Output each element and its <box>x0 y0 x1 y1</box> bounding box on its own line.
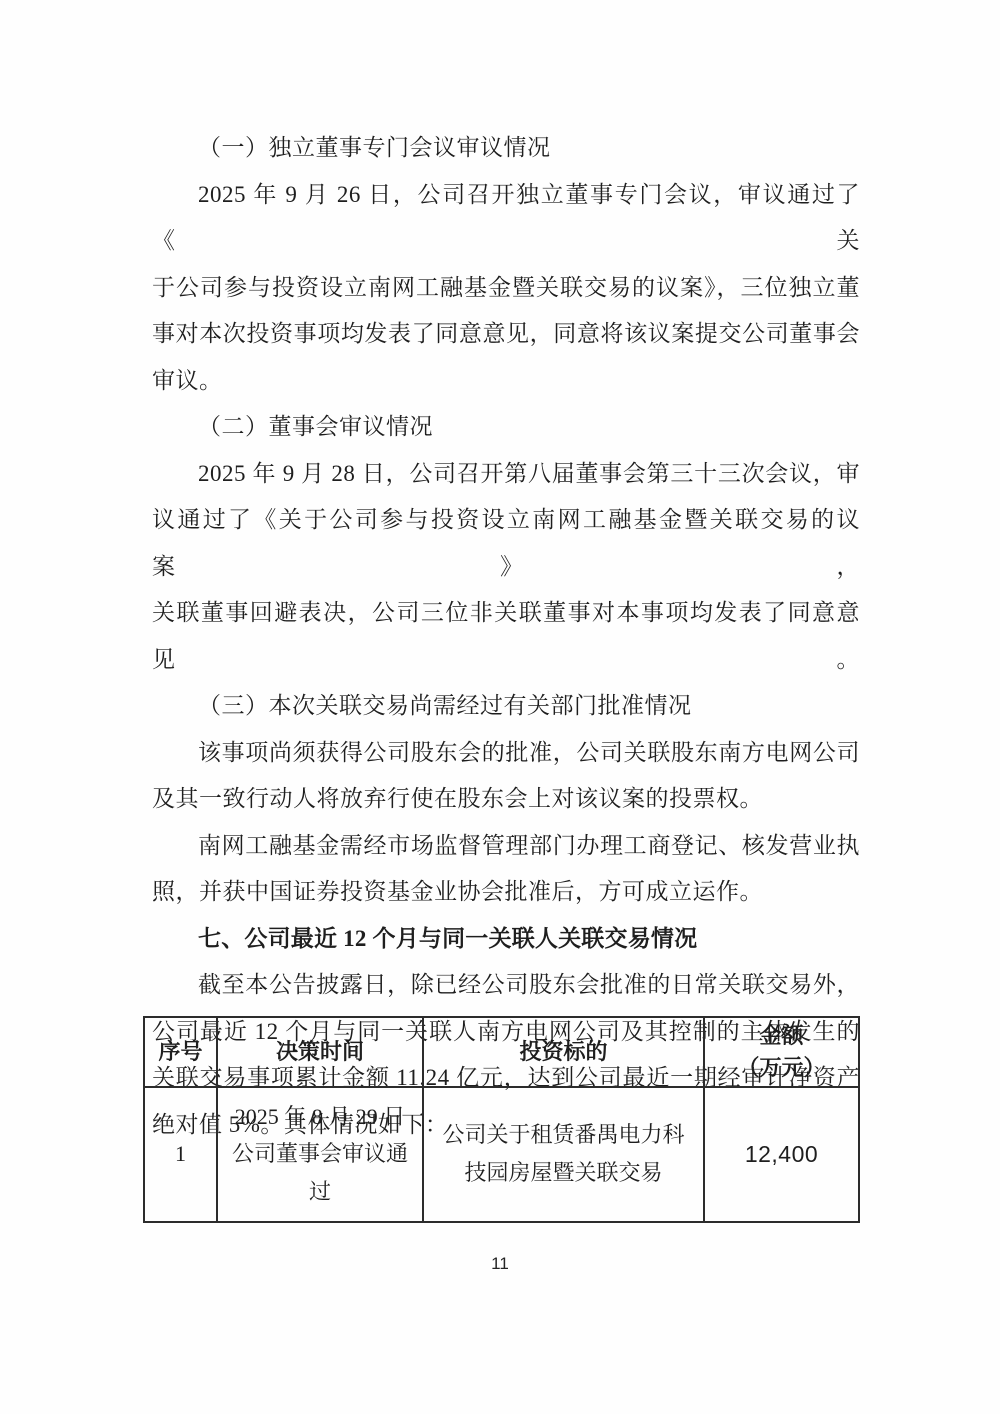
header-index: 序号 <box>144 1017 217 1087</box>
cell-decision-time: 2025 年 8 月 29 日公司董事会审议通过 <box>217 1087 423 1222</box>
subsection-heading-1: （一）独立董事专门会议审议情况 <box>152 125 860 172</box>
paragraph-line: 于公司参与投资设立南网工融基金暨关联交易的议案》，三位独立董 <box>152 265 860 312</box>
section-heading-7: 七、公司最近 12 个月与同一关联人关联交易情况 <box>152 916 860 963</box>
cell-amount: 12,400 <box>704 1087 859 1222</box>
subsection-heading-2: （二）董事会审议情况 <box>152 404 860 451</box>
paragraph-line: 议通过了《关于公司参与投资设立南网工融基金暨关联交易的议案》， <box>152 497 860 590</box>
paragraph-line: 该事项尚须获得公司股东会的批准，公司关联股东南方电网公司 <box>152 730 860 777</box>
header-decision-time: 决策时间 <box>217 1017 423 1087</box>
header-amount-line1: 金额 <box>713 1020 850 1052</box>
header-investment-target: 投资标的 <box>423 1017 704 1087</box>
paragraph-line: 审议。 <box>152 358 860 405</box>
paragraph-line: 关联董事回避表决，公司三位非关联董事对本事项均发表了同意意见。 <box>152 590 860 683</box>
table-row: 1 2025 年 8 月 29 日公司董事会审议通过 公司关于租赁番禺电力科技园… <box>144 1087 859 1222</box>
document-page: （一）独立董事专门会议审议情况 2025 年 9 月 26 日，公司召开独立董事… <box>0 0 1000 1414</box>
paragraph-line: 照，并获中国证券投资基金业协会批准后，方可成立运作。 <box>152 869 860 916</box>
header-amount-line2: （万元） <box>713 1052 850 1084</box>
paragraph-line: 2025 年 9 月 26 日，公司召开独立董事专门会议，审议通过了《关 <box>152 172 860 265</box>
cell-investment-target: 公司关于租赁番禺电力科技园房屋暨关联交易 <box>423 1087 704 1222</box>
table-header-row: 序号 决策时间 投资标的 金额 （万元） <box>144 1017 859 1087</box>
document-body: （一）独立董事专门会议审议情况 2025 年 9 月 26 日，公司召开独立董事… <box>152 125 860 1148</box>
page-number: 11 <box>0 1254 1000 1274</box>
subsection-heading-3: （三）本次关联交易尚需经过有关部门批准情况 <box>152 683 860 730</box>
paragraph-line: 截至本公告披露日，除已经公司股东会批准的日常关联交易外， <box>152 962 860 1009</box>
paragraph-line: 及其一致行动人将放弃行使在股东会上对该议案的投票权。 <box>152 776 860 823</box>
cell-index: 1 <box>144 1087 217 1222</box>
paragraph-line: 南网工融基金需经市场监督管理部门办理工商登记、核发营业执 <box>152 823 860 870</box>
related-transactions-table: 序号 决策时间 投资标的 金额 （万元） 1 2025 年 8 月 29 日公司… <box>143 1016 860 1223</box>
header-amount: 金额 （万元） <box>704 1017 859 1087</box>
paragraph-line: 事对本次投资事项均发表了同意意见，同意将该议案提交公司董事会 <box>152 311 860 358</box>
paragraph-line: 2025 年 9 月 28 日，公司召开第八届董事会第三十三次会议，审 <box>152 451 860 498</box>
